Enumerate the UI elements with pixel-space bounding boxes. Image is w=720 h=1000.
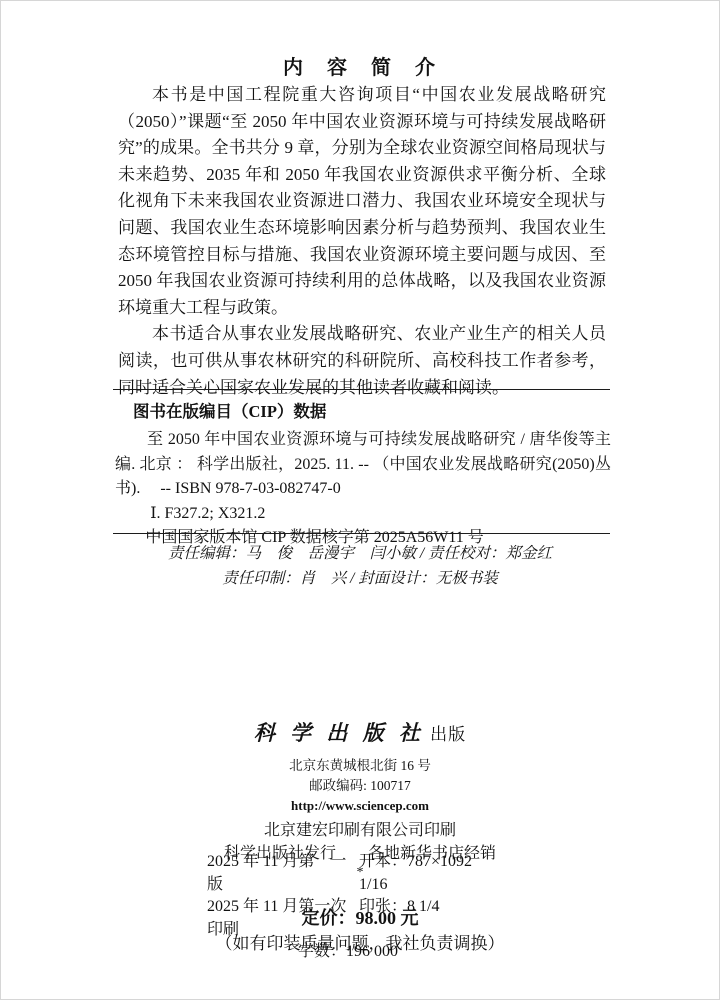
printer-line: 北京建宏印刷有限公司印刷 — [1, 819, 719, 842]
staff-credits: 责任编辑：马 俊 岳漫宇 闫小敏 / 责任校对：郑金红 责任印制：肖 兴 / 封… — [1, 541, 719, 591]
staff-editors-line: 责任编辑：马 俊 岳漫宇 闫小敏 / 责任校对：郑金红 — [1, 541, 719, 566]
staff-printing-line: 责任印制：肖 兴 / 封面设计：无极书装 — [1, 566, 719, 591]
colophon-page: 内 容 简 介 本书是中国工程院重大咨询项目“中国农业发展战略研究（2050）”… — [0, 0, 720, 1000]
publisher-website: http://www.sciencep.com — [1, 796, 719, 816]
format-spec: 开本：787×1092 1/16 — [359, 851, 507, 896]
intro-body: 本书是中国工程院重大咨询项目“中国农业发展战略研究（2050）”课题“至 205… — [118, 82, 606, 401]
cip-top-rule — [113, 389, 610, 390]
cip-entry: 至 2050 年中国农业资源环境与可持续发展战略研究 / 唐华俊等主编. 北京 … — [115, 428, 611, 502]
quality-note: （如有印装质量问题，我社负责调换） — [1, 929, 719, 954]
cip-classification: Ⅰ. F327.2; X321.2 — [115, 502, 611, 527]
publisher-address: 北京东黄城根北街 16 号 — [1, 755, 719, 776]
publisher-logo-line: 科 学 出 版 社 出版 — [1, 717, 719, 747]
cip-heading: 图书在版编目（CIP）数据 — [133, 398, 326, 422]
edition-date: 2025 年 11 月第 一 版 — [207, 851, 359, 896]
publisher-logo-suffix: 出版 — [425, 725, 466, 744]
science-press-logo: 科 学 出 版 社 — [254, 721, 425, 745]
publisher-postcode: 邮政编码: 100717 — [1, 776, 719, 796]
cip-bottom-rule — [113, 533, 610, 534]
intro-paragraph-1: 本书是中国工程院重大咨询项目“中国农业发展战略研究（2050）”课题“至 205… — [118, 82, 606, 321]
intro-title: 内 容 简 介 — [1, 51, 719, 80]
price: 定价：98.00 元 — [1, 904, 719, 930]
edition-row: 2025 年 11 月第 一 版 开本：787×1092 1/16 — [207, 851, 507, 896]
